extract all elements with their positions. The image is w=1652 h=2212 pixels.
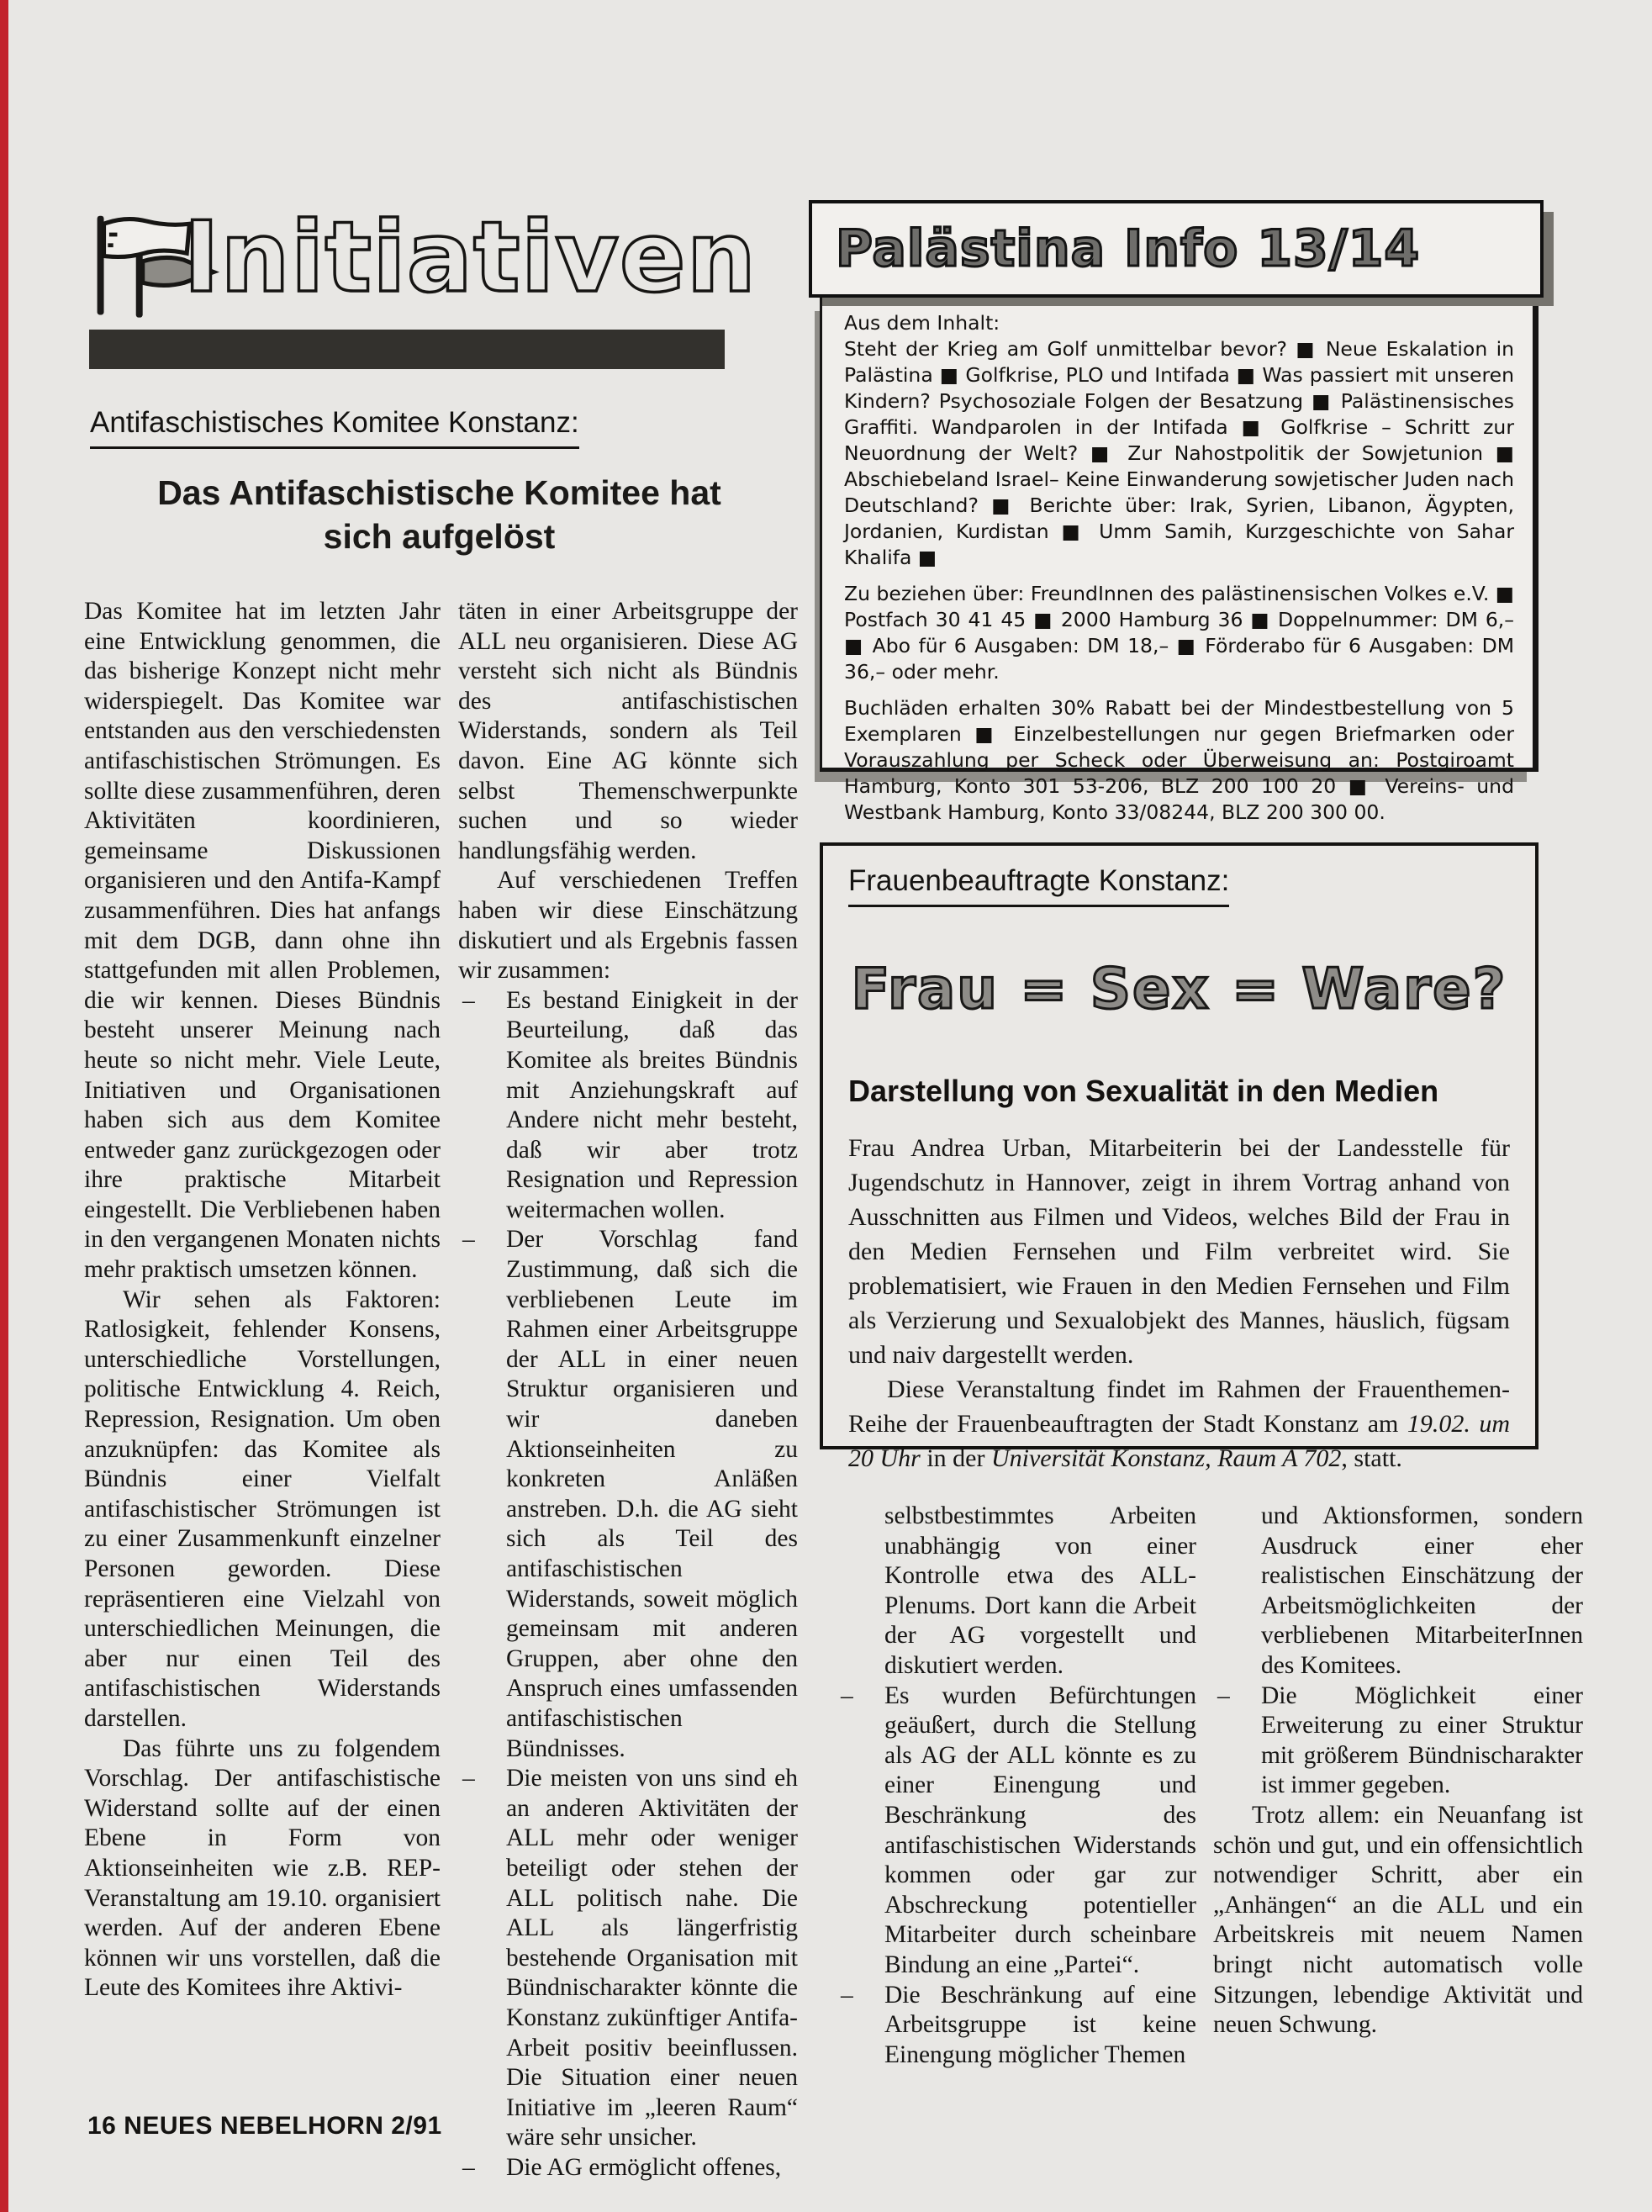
- frauen-title: Frau = Sex = Ware?: [848, 956, 1510, 1022]
- bullet-item: Die Möglichkeit einer Erweiterung zu ein…: [1261, 1681, 1583, 1801]
- magazine-page: { "page": { "footer": "16 NEUES NEBELHOR…: [0, 0, 1652, 2212]
- bullet-item: Der Vorschlag fand Zustimmung, daß sich …: [506, 1225, 798, 1764]
- page-footer: 16 NEUES NEBELHORN 2/91: [87, 2112, 442, 2141]
- palaestina-contents-label: Aus dem Inhalt:: [844, 310, 1514, 336]
- antifa-kicker: Antifaschistisches Komitee Konstanz:: [90, 406, 579, 449]
- article-column-4: und Aktionsformen, sondern Ausdruck eine…: [1213, 1502, 1583, 2040]
- paragraph: Das Komitee hat im letzten Jahr eine Ent…: [84, 597, 441, 1285]
- palaestina-title: Palästina Info 13/14: [836, 219, 1420, 278]
- paragraph: Das führte uns zu folgendem Vorschlag. D…: [84, 1734, 441, 2003]
- paragraph: Auf verschiedenen Treffen haben wir dies…: [458, 866, 798, 985]
- article-column-2: täten in einer Arbeitsgruppe der ALL neu…: [458, 597, 798, 2183]
- frauen-kicker: Frauenbeauftragte Konstanz:: [848, 864, 1510, 907]
- frauen-box: Frauenbeauftragte Konstanz: Frau = Sex =…: [820, 842, 1539, 1449]
- paragraph: selbstbestimmtes Arbeiten unabhängig von…: [884, 1502, 1196, 1681]
- palaestina-content-box: Aus dem Inhalt: Steht der Krieg am Golf …: [820, 294, 1539, 772]
- paragraph: Wir sehen als Faktoren: Ratlosigkeit, fe…: [84, 1285, 441, 1734]
- page-edge-strip: [0, 0, 8, 2212]
- palaestina-bookstore-info: Buchläden erhalten 30% Rabatt bei der Mi…: [844, 695, 1514, 826]
- bullet-item: Die meisten von uns sind eh an anderen A…: [506, 1764, 798, 2153]
- frauen-subtitle: Darstellung von Sexualität in den Medien: [848, 1074, 1510, 1109]
- logo-underline-bar: [89, 330, 725, 369]
- frauen-paragraph-1: Frau Andrea Urban, Mitarbeiterin bei der…: [848, 1131, 1510, 1372]
- frauen-paragraph-2: Diese Veranstaltung findet im Rahmen der…: [848, 1372, 1510, 1476]
- bullet-item: Die AG ermöglicht offenes,: [506, 2153, 798, 2183]
- paragraph: Trotz allem: ein Neuanfang ist schön und…: [1213, 1801, 1583, 2040]
- bullet-item: Es wurden Befürchtungen geäußert, durch …: [884, 1681, 1196, 1981]
- bullet-item: Es bestand Einigkeit in der Beurteilung,…: [506, 986, 798, 1226]
- palaestina-contents-text: Steht der Krieg am Golf unmittelbar bevo…: [844, 336, 1514, 571]
- palaestina-order-info: Zu beziehen über: FreundInnen des paläst…: [844, 581, 1514, 685]
- paragraph: und Aktionsformen, sondern Ausdruck eine…: [1261, 1502, 1583, 1681]
- paragraph: täten in einer Arbeitsgruppe der ALL neu…: [458, 597, 798, 866]
- antifa-headline: Das Antifaschistische Komitee hat sich a…: [84, 471, 794, 558]
- bullet-item: Die Beschränkung auf eine Arbeitsgruppe …: [884, 1981, 1196, 2071]
- article-column-3: selbstbestimmtes Arbeiten unabhängig von…: [837, 1502, 1196, 2070]
- palaestina-header-box: Palästina Info 13/14: [809, 200, 1544, 298]
- frauen-location: Universität Konstanz, Raum A 702: [991, 1444, 1341, 1472]
- article-column-1: Das Komitee hat im letzten Jahr eine Ent…: [84, 597, 441, 2003]
